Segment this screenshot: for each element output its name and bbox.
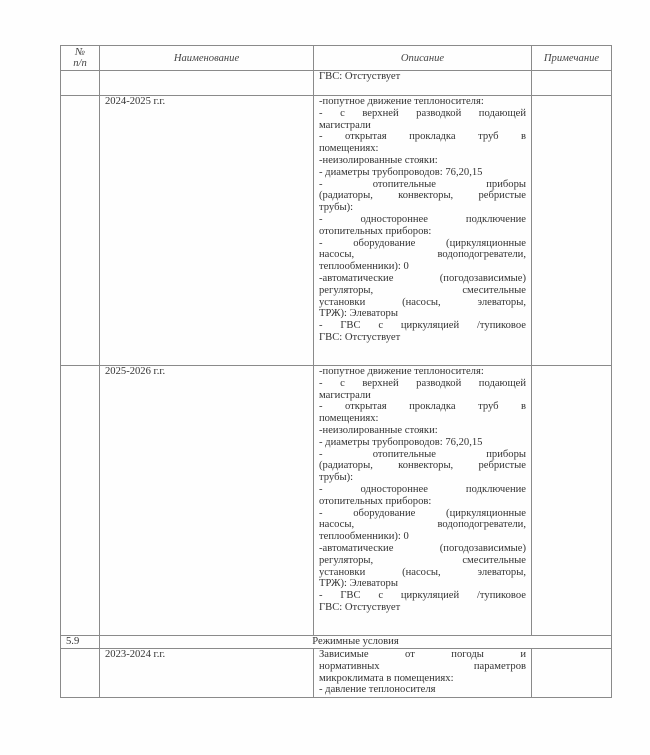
cell-description: -попутное движение теплоносителя:- с вер… xyxy=(314,366,532,636)
header-number-symbol: № xyxy=(75,47,85,58)
specification-table: № п/п Наименование Описание Примечание Г… xyxy=(60,45,612,698)
description-line: - одностороннее подключение xyxy=(319,484,526,496)
description-line: - отопительные приборы xyxy=(319,449,526,461)
description-line: - с верхней разводкой подающей xyxy=(319,108,526,120)
description-line: - одностороннее подключение xyxy=(319,214,526,226)
description-line: насосы, водоподогреватели, xyxy=(319,519,526,531)
cell-description: -попутное движение теплоносителя:- с вер… xyxy=(314,96,532,366)
description-line: установки (насосы, элеваторы, xyxy=(319,297,526,309)
cell-number xyxy=(61,96,100,366)
cell-name: 2023-2024 г.г. xyxy=(100,649,314,698)
description-line: нормативных параметров xyxy=(319,661,526,673)
description-line: установки (насосы, элеваторы, xyxy=(319,567,526,579)
description-line: насосы, водоподогреватели, xyxy=(319,249,526,261)
description-line: ГВС: Отстуствует xyxy=(319,332,526,344)
description-line: магистрали xyxy=(319,120,526,132)
description-line: - диаметры трубопроводов: 76,20,15 xyxy=(319,437,526,449)
cell-name xyxy=(100,71,314,96)
description-line: -попутное движение теплоносителя: xyxy=(319,96,526,108)
description-line: -неизолированные стояки: xyxy=(319,155,526,167)
description-line: - давление теплоносителя xyxy=(319,684,526,696)
description-line: - оборудование (циркуляционные xyxy=(319,238,526,250)
description-line: отопительных приборов: xyxy=(319,496,526,508)
description-line: -автоматические (погодозависимые) xyxy=(319,273,526,285)
header-number-abbr: п/п xyxy=(73,58,87,69)
table-header-row: № п/п Наименование Описание Примечание xyxy=(61,46,612,71)
description-line: - ГВС с циркуляцией /тупиковое xyxy=(319,590,526,602)
section-title: Режимные условия xyxy=(100,636,612,649)
cell-description: ГВС: Отстуствует xyxy=(314,71,532,96)
document-page: № п/п Наименование Описание Примечание Г… xyxy=(0,0,650,755)
description-line: ГВС: Отстуствует xyxy=(319,602,526,614)
cell-number xyxy=(61,71,100,96)
description-line: регуляторы, смесительные xyxy=(319,285,526,297)
table-row: 2023-2024 г.г. Зависимые от погоды инорм… xyxy=(61,649,612,698)
description-line: ГВС: Отстуствует xyxy=(319,71,526,83)
description-line: - оборудование (циркуляционные xyxy=(319,508,526,520)
description-line: -попутное движение теплоносителя: xyxy=(319,366,526,378)
description-line: - с верхней разводкой подающей xyxy=(319,378,526,390)
table-row: ГВС: Отстуствует xyxy=(61,71,612,96)
description-line: - диаметры трубопроводов: 76,20,15 xyxy=(319,167,526,179)
header-note: Примечание xyxy=(532,46,612,71)
description-line: ТРЖ): Элеваторы xyxy=(319,308,526,320)
description-line: Зависимые от погоды и xyxy=(319,649,526,661)
description-line: теплообменники): 0 xyxy=(319,261,526,273)
description-line: - открытая прокладка труб в xyxy=(319,131,526,143)
description-line: трубы): xyxy=(319,472,526,484)
header-description: Описание xyxy=(314,46,532,71)
description-line: -неизолированные стояки: xyxy=(319,425,526,437)
description-line: - ГВС с циркуляцией /тупиковое xyxy=(319,320,526,332)
description-line: отопительных приборов: xyxy=(319,226,526,238)
section-number: 5.9 xyxy=(61,636,100,649)
description-line: ТРЖ): Элеваторы xyxy=(319,578,526,590)
description-line: микроклимата в помещениях: xyxy=(319,673,526,685)
cell-note xyxy=(532,366,612,636)
description-line: - открытая прокладка труб в xyxy=(319,401,526,413)
cell-name: 2024-2025 г.г. xyxy=(100,96,314,366)
table-row: 2025-2026 г.г. -попутное движение теплон… xyxy=(61,366,612,636)
cell-note xyxy=(532,649,612,698)
description-line: - отопительные приборы xyxy=(319,179,526,191)
description-line: трубы): xyxy=(319,202,526,214)
cell-description: Зависимые от погоды инормативных парамет… xyxy=(314,649,532,698)
description-line: (радиаторы, конвекторы, ребристые xyxy=(319,460,526,472)
section-row: 5.9 Режимные условия xyxy=(61,636,612,649)
cell-note xyxy=(532,96,612,366)
cell-name: 2025-2026 г.г. xyxy=(100,366,314,636)
header-number: № п/п xyxy=(61,46,100,71)
header-name: Наименование xyxy=(100,46,314,71)
cell-number xyxy=(61,366,100,636)
description-line: (радиаторы, конвекторы, ребристые xyxy=(319,190,526,202)
description-line: магистрали xyxy=(319,390,526,402)
description-line: помещениях: xyxy=(319,413,526,425)
cell-number xyxy=(61,649,100,698)
description-line: помещениях: xyxy=(319,143,526,155)
description-line: теплообменники): 0 xyxy=(319,531,526,543)
description-line: регуляторы, смесительные xyxy=(319,555,526,567)
cell-note xyxy=(532,71,612,96)
description-line: -автоматические (погодозависимые) xyxy=(319,543,526,555)
table-row: 2024-2025 г.г. -попутное движение теплон… xyxy=(61,96,612,366)
